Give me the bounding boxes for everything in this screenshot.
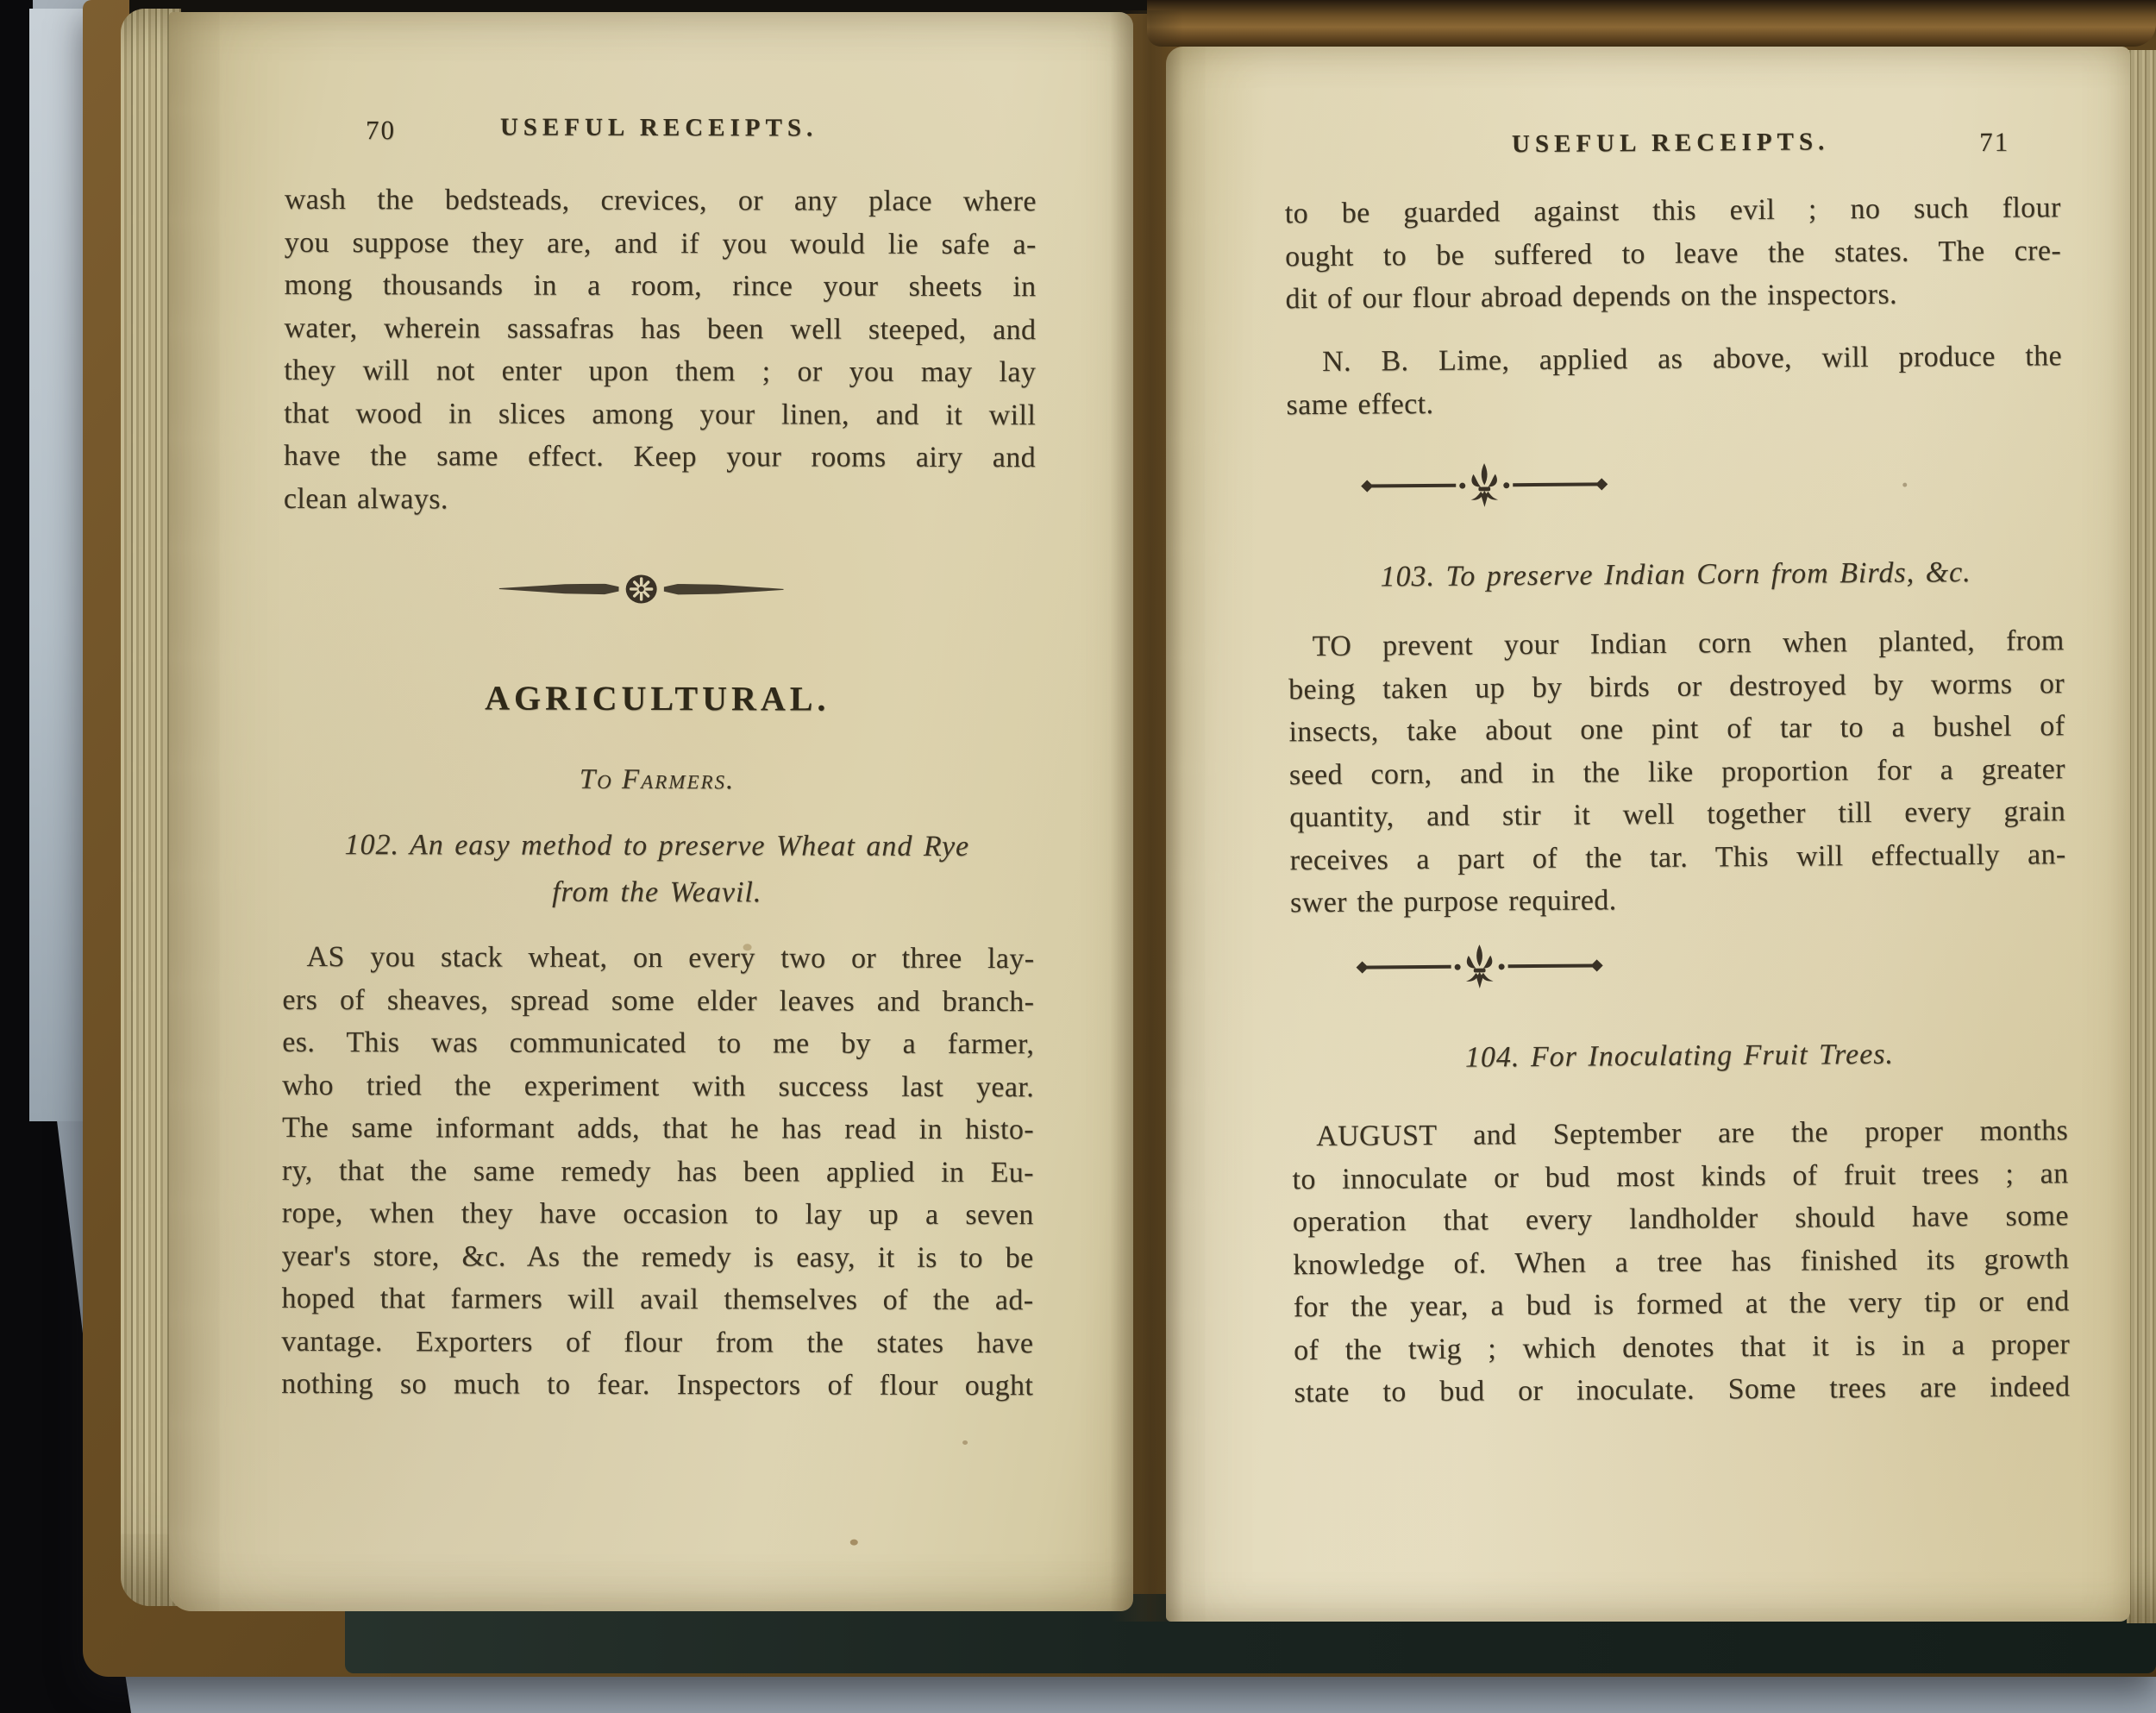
text-line: seed corn, and in the like proportion fo… xyxy=(1289,748,2065,797)
page-number-right: 71 xyxy=(1979,127,2009,158)
text-line: you suppose they are, and if you would l… xyxy=(285,221,1037,266)
running-head-right: USEFUL RECEIPTS. xyxy=(1282,126,2059,160)
rule-bar-right xyxy=(664,584,784,595)
text-line: for the year, a bud is formed at the ver… xyxy=(1294,1280,2070,1329)
stain-speck xyxy=(1902,483,1907,487)
text-line: they will not enter upon them ; or you m… xyxy=(284,349,1036,394)
text-line: to be guarded against this evil ; no suc… xyxy=(1285,186,2061,235)
rule-line-right xyxy=(1513,482,1602,486)
text-line: AUGUST and September are the proper mont… xyxy=(1292,1109,2068,1158)
text-line: to innoculate or bud most kinds of fruit… xyxy=(1292,1152,2068,1202)
text-line: same effect. xyxy=(1286,378,2062,427)
receipt-102-body: AS you stack wheat, on every two or thre… xyxy=(281,936,1034,1408)
subsection-heading: To Farmers. xyxy=(281,763,1033,797)
rosette-icon xyxy=(624,571,660,607)
rule-bar-left xyxy=(499,583,619,594)
text-line: vantage. Exporters of flour from the sta… xyxy=(281,1320,1033,1365)
text-line: ry, that the same remedy has been applie… xyxy=(282,1149,1034,1194)
fleur-de-lis-icon xyxy=(1463,942,1495,990)
receipt-102-title-line2: from the Weavil. xyxy=(281,869,1033,917)
text-line: knowledge of. When a tree has finished i… xyxy=(1293,1238,2069,1287)
rule-line-right xyxy=(1508,963,1598,968)
text-line: wash the bedsteads, crevices, or any pla… xyxy=(285,179,1037,223)
book-cover-top-roll xyxy=(1147,0,2156,47)
text-line: have the same effect. Keep your rooms ai… xyxy=(284,435,1036,480)
text-line: TO prevent your Indian corn when planted… xyxy=(1288,619,2065,668)
ornament-dot xyxy=(1455,963,1461,969)
text-line: ers of sheaves, spread some elder leaves… xyxy=(282,978,1034,1023)
intro-paragraph: wash the bedsteads, crevices, or any pla… xyxy=(284,179,1037,522)
fleur-de-lis-rule-ornament xyxy=(1351,450,1619,519)
text-line: year's store, &c. As the remedy is easy,… xyxy=(282,1234,1034,1279)
text-line: AS you stack wheat, on every two or thre… xyxy=(282,936,1034,981)
text-line: receives a part of the tar. This will ef… xyxy=(1289,833,2065,882)
text-line: insects, take about one pint of tar to a… xyxy=(1288,705,2065,754)
text-line: water, wherein sassafras has been well s… xyxy=(284,306,1036,351)
text-line: state to bud or inoculate. Some trees ar… xyxy=(1294,1365,2070,1415)
text-line: quantity, and stir it well together till… xyxy=(1289,790,2065,839)
stain-speck xyxy=(743,944,752,951)
running-head-left: USEFUL RECEIPTS. xyxy=(283,113,1035,143)
ornament-dot xyxy=(1503,482,1509,488)
receipt-102-title-line1: 102. An easy method to preserve Wheat an… xyxy=(264,822,1050,870)
text-line: dit of our flour abroad depends on the i… xyxy=(1285,272,2061,321)
right-page: USEFUL RECEIPTS. 71 to be guarded agains… xyxy=(1166,47,2130,1622)
stain-speck xyxy=(962,1440,968,1445)
fleur-de-lis-icon xyxy=(1469,461,1500,509)
rule-line-left xyxy=(1366,484,1456,488)
text-line: rope, when they have occasion to lay up … xyxy=(282,1192,1034,1237)
text-line: hoped that farmers will avail themselves… xyxy=(281,1277,1033,1322)
receipt-103-title: 103. To preserve Indian Corn from Birds,… xyxy=(1288,549,2064,601)
text-line: nothing so much to fear. Inspectors of f… xyxy=(281,1363,1033,1408)
text-line: clean always. xyxy=(284,477,1036,522)
text-line: N. B. Lime, applied as above, will produ… xyxy=(1286,335,2062,384)
text-line: ought to be suffered to leave the states… xyxy=(1285,229,2061,279)
book-photo-scene: 70 USEFUL RECEIPTS. wash the bedsteads, … xyxy=(0,0,2156,1713)
text-line: mong thousands in a room, rince your she… xyxy=(285,264,1037,309)
receipt-104-body: AUGUST and September are the proper mont… xyxy=(1292,1109,2071,1415)
rosette-rule-ornament xyxy=(499,569,784,610)
rule-line-left xyxy=(1362,965,1451,969)
fleur-de-lis-rule-ornament xyxy=(1345,932,1614,1001)
text-line: operation that every landholder should h… xyxy=(1293,1195,2069,1244)
gutter-shadow xyxy=(1111,10,1183,1622)
receipt-104-title: 104. For Inoculating Fruit Trees. xyxy=(1291,1030,2067,1082)
text-line: The same informant adds, that he has rea… xyxy=(282,1107,1034,1151)
continued-paragraph: to be guarded against this evil ; no suc… xyxy=(1285,186,2062,321)
text-line: es. This was communicated to me by a far… xyxy=(282,1021,1034,1066)
nota-bene-paragraph: N. B. Lime, applied as above, will produ… xyxy=(1286,335,2063,426)
left-page: 70 USEFUL RECEIPTS. wash the bedsteads, … xyxy=(169,12,1133,1611)
text-line: swer the purpose required. xyxy=(1290,875,2066,925)
text-line: who tried the experiment with success la… xyxy=(282,1064,1034,1108)
text-line: of the twig ; which denotes that it is i… xyxy=(1294,1323,2070,1372)
text-line: that wood in slices among your linen, an… xyxy=(284,392,1036,436)
receipt-103-body: TO prevent your Indian corn when planted… xyxy=(1288,619,2067,925)
ornament-dot xyxy=(1459,482,1465,488)
background-strip xyxy=(29,9,85,1121)
stain-speck xyxy=(850,1540,858,1546)
section-heading: AGRICULTURAL. xyxy=(281,677,1033,719)
ornament-dot xyxy=(1499,963,1505,969)
text-line: being taken up by birds or destroyed by … xyxy=(1288,662,2065,712)
